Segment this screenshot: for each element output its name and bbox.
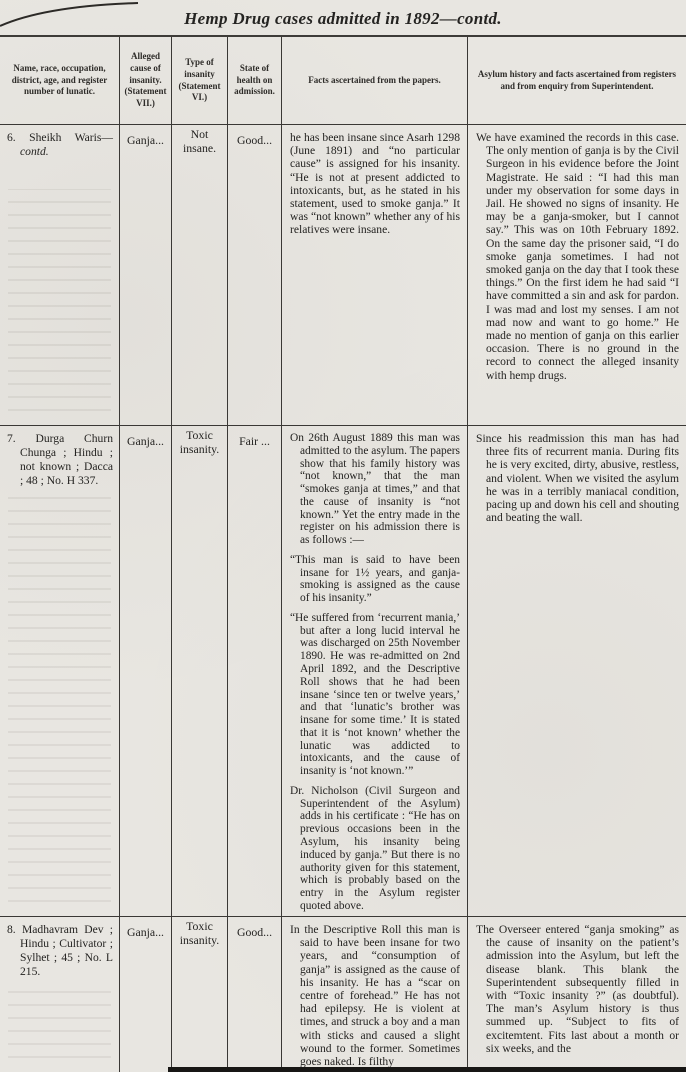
header-name: Name, race, occupation, district, age, a… (0, 37, 120, 124)
contd-marker: contd. (20, 145, 49, 158)
lunatic-name: 6. Sheikh Waris—contd. (7, 131, 113, 159)
asylum-paragraph: The Overseer entered “ganja smoking” as … (476, 923, 679, 1055)
header-alleged-cause: Alleged cause of insanity. (Statement VI… (120, 37, 172, 124)
type-of-insanity-cell: Toxic insanity. (172, 426, 228, 916)
header-state-of-health: State of health on admission. (228, 37, 282, 124)
facts-cell: On 26th August 1889 this man was admitte… (282, 426, 468, 916)
facts-paragraph: “This man is said to have been insane fo… (290, 554, 460, 605)
asylum-history-cell: The Overseer entered “ganja smoking” as … (468, 917, 686, 1072)
table-header-row: Name, race, occupation, district, age, a… (0, 37, 686, 125)
state-of-health-cell: Good... (228, 125, 282, 425)
facts-cell: In the Descriptive Roll this man is said… (282, 917, 468, 1072)
scan-artifact-bottom-strip (168, 1067, 686, 1072)
type-of-insanity-cell: Toxic insanity. (172, 917, 228, 1072)
table-row-case-6: 6. Sheikh Waris—contd. Ganja... Not insa… (0, 125, 686, 426)
alleged-cause-cell: Ganja... (120, 125, 172, 425)
alleged-cause-cell: Ganja... (120, 426, 172, 916)
lunatic-name: 8. Madhavram Dev ; Hindu ; Cultivator ; … (7, 923, 113, 980)
facts-cell: he has been insane since Asarh 1298 (Jun… (282, 125, 468, 425)
header-facts: Facts ascertained from the papers. (282, 37, 468, 124)
table-row-case-7: 7. Durga Churn Chunga ; Hindu ; not know… (0, 426, 686, 917)
asylum-paragraph: We have examined the records in this cas… (476, 131, 679, 382)
facts-paragraph: On 26th August 1889 this man was admitte… (290, 432, 460, 547)
page-title: Hemp Drug cases admitted in 1892—contd. (0, 0, 686, 33)
facts-paragraph: Dr. Nicholson (Civil Surgeon and Superin… (290, 785, 460, 913)
lunatic-name-text: 8. Madhavram Dev ; Hindu ; Cultivator ; … (7, 923, 113, 978)
name-cell: 7. Durga Churn Chunga ; Hindu ; not know… (0, 426, 120, 916)
asylum-history-cell: Since his readmission this man has had t… (468, 426, 686, 916)
name-cell: 6. Sheikh Waris—contd. (0, 125, 120, 425)
type-of-insanity-cell: Not insane. (172, 125, 228, 425)
facts-paragraph: “He suffered from ‘recurrent mania,’ but… (290, 612, 460, 778)
facts-paragraph: he has been insane since Asarh 1298 (Jun… (290, 131, 460, 237)
table-row-case-8: 8. Madhavram Dev ; Hindu ; Cultivator ; … (0, 917, 686, 1072)
lunatic-name: 7. Durga Churn Chunga ; Hindu ; not know… (7, 432, 113, 489)
name-cell: 8. Madhavram Dev ; Hindu ; Cultivator ; … (0, 917, 120, 1072)
lunatic-name-text: 7. Durga Churn Chunga ; Hindu ; not know… (7, 432, 113, 487)
facts-paragraph: In the Descriptive Roll this man is said… (290, 923, 460, 1068)
state-of-health-cell: Good... (228, 917, 282, 1072)
asylum-paragraph: Since his readmission this man has had t… (476, 432, 679, 524)
cases-table: Name, race, occupation, district, age, a… (0, 37, 686, 1072)
lunatic-name-text: 6. Sheikh Waris— (7, 131, 113, 144)
asylum-history-cell: We have examined the records in this cas… (468, 125, 686, 425)
scanned-document-page: Hemp Drug cases admitted in 1892—contd. … (0, 0, 686, 1072)
alleged-cause-cell: Ganja... (120, 917, 172, 1072)
state-of-health-cell: Fair ... (228, 426, 282, 916)
header-type-of-insanity: Type of insanity (Statement VI.) (172, 37, 228, 124)
header-asylum-history: Asylum history and facts ascertained fro… (468, 37, 686, 124)
